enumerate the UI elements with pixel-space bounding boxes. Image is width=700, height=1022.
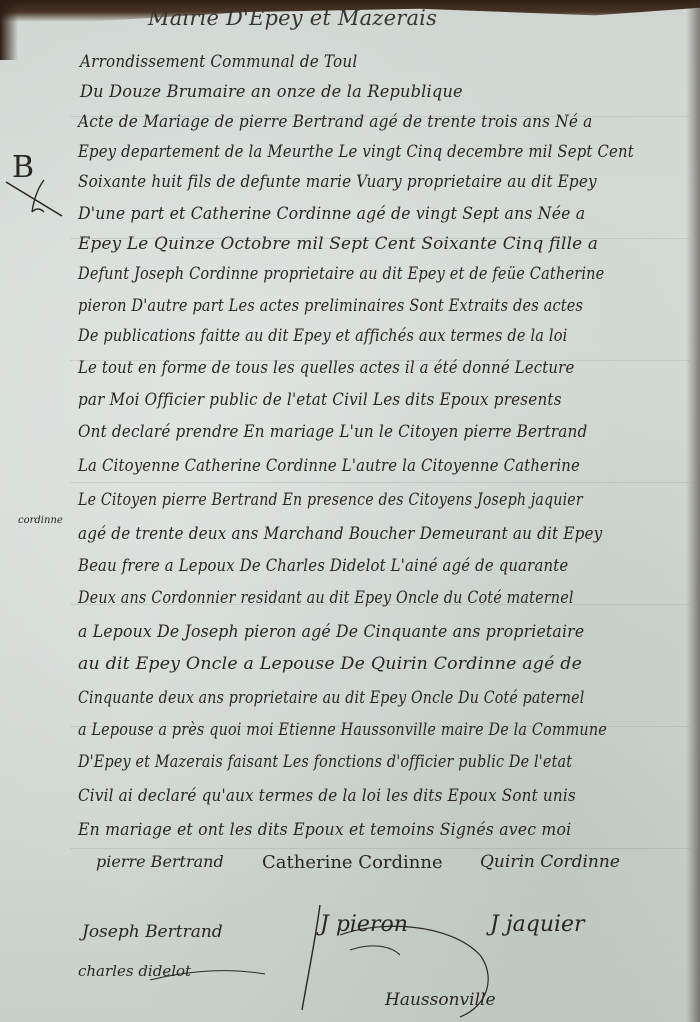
body-line: De publications faitte au dit Epey et af… <box>78 326 567 346</box>
body-line: a Lepoux De Joseph pieron agé De Cinquan… <box>78 622 584 642</box>
body-line: Defunt Joseph Cordinne proprietaire au d… <box>78 264 604 284</box>
signature-charles-didelot: charles didelot <box>78 962 191 980</box>
body-line: agé de trente deux ans Marchand Boucher … <box>78 524 602 544</box>
body-line: En mariage et ont les dits Epoux et temo… <box>78 820 571 840</box>
body-line: Du Douze Brumaire an onze de la Republiq… <box>80 82 463 102</box>
signature-joseph-bertrand: Joseph Bertrand <box>82 922 223 942</box>
signature-mayor: Haussonville <box>385 990 496 1010</box>
body-line: La Citoyenne Catherine Cordinne L'autre … <box>78 456 580 476</box>
body-line: Epey departement de la Meurthe Le vingt … <box>78 142 634 162</box>
body-line: D'une part et Catherine Cordinne agé de … <box>78 204 585 224</box>
margin-cross-mark-icon <box>4 178 64 218</box>
body-line: D'Epey et Mazerais faisant Les fonctions… <box>78 752 572 772</box>
paper-corner-shadow <box>0 0 18 60</box>
body-line: Le Citoyen pierre Bertrand En presence d… <box>78 490 583 510</box>
signature-pierre-bertrand: pierre Bertrand <box>96 852 224 871</box>
body-line: pieron D'autre part Les actes preliminai… <box>78 296 583 316</box>
body-line: a Lepouse a près quoi moi Etienne Hausso… <box>78 720 607 740</box>
document-header: Mairie D'Epey et Mazerais <box>148 6 437 30</box>
body-line: Civil ai declaré qu'aux termes de la loi… <box>78 786 576 806</box>
margin-note: cordinne <box>18 515 63 526</box>
signature-pieron: J pieron <box>320 912 408 937</box>
body-line: Deux ans Cordonnier residant au dit Epey… <box>78 588 574 608</box>
document-page: Mairie D'Epey et Mazerais B cordinne Arr… <box>0 0 700 1022</box>
body-line: Le tout en forme de tous les quelles act… <box>78 358 574 378</box>
body-line: Arrondissement Communal de Toul <box>80 52 357 72</box>
ruling-line <box>70 482 690 483</box>
signature-quirin-cordinne: Quirin Cordinne <box>480 852 620 872</box>
paper-right-edge <box>686 0 700 1022</box>
signature-jaquier: J jaquier <box>490 912 585 937</box>
body-line: au dit Epey Oncle a Lepouse De Quirin Co… <box>78 654 582 674</box>
body-line: Soixante huit fils de defunte marie Vuar… <box>78 172 597 192</box>
body-line: par Moi Officier public de l'etat Civil … <box>78 390 562 410</box>
body-line: Beau frere a Lepoux De Charles Didelot L… <box>78 556 568 576</box>
body-line: Acte de Mariage de pierre Bertrand agé d… <box>78 112 593 132</box>
body-line: Epey Le Quinze Octobre mil Sept Cent Soi… <box>78 234 598 254</box>
signature-catherine-cordinne: Catherine Cordinne <box>262 852 443 873</box>
body-line: Cinquante deux ans proprietaire au dit E… <box>78 688 584 708</box>
body-line: Ont declaré prendre En mariage L'un le C… <box>78 422 587 442</box>
ruling-line <box>70 848 690 849</box>
